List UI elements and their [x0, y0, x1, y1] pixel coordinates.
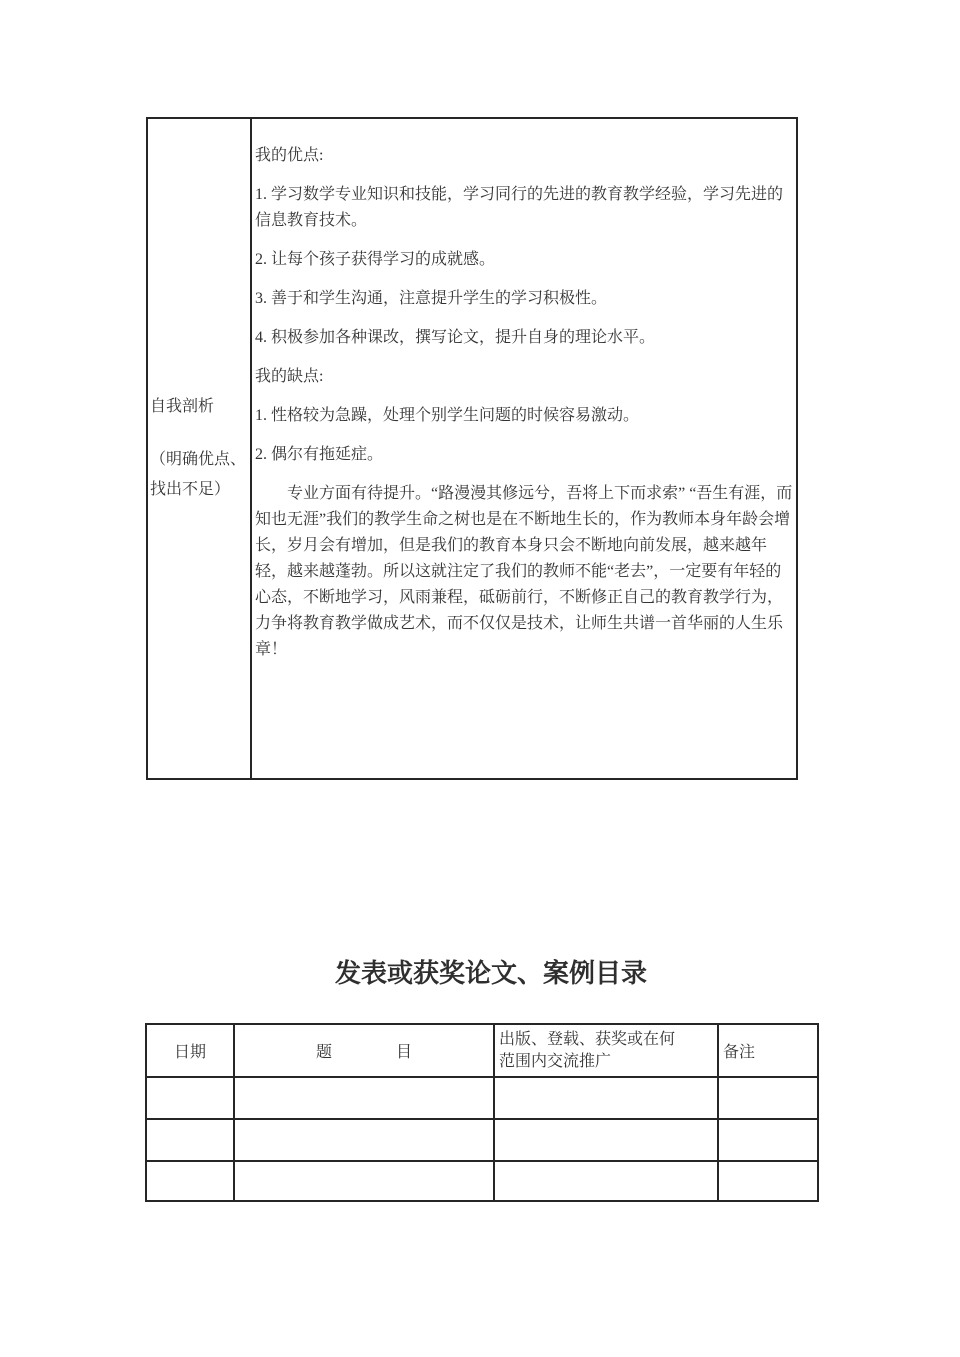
papers-empty-row-2	[146, 1119, 818, 1161]
papers-header-date: 日期	[146, 1024, 234, 1077]
self-analysis-label-cell: 自我剖析 （明确优点、找出不足）	[148, 119, 252, 778]
analysis-paragraph-strength-3: 3. 善于和学生沟通，注意提升学生的学习积极性。	[255, 286, 793, 312]
analysis-paragraph-strength-4: 4. 积极参加各种课改，撰写论文，提升自身的理论水平。	[255, 325, 793, 351]
analysis-paragraph-weakness-2: 2. 偶尔有拖延症。	[255, 442, 793, 468]
empty-cell-date	[146, 1161, 234, 1201]
self-analysis-table: 自我剖析 （明确优点、找出不足） 我的优点: 1. 学习数学专业知识和技能，学习…	[146, 117, 798, 780]
papers-empty-row-1	[146, 1077, 818, 1119]
papers-empty-row-3	[146, 1161, 818, 1201]
analysis-paragraph-weakness-1: 1. 性格较为急躁，处理个别学生问题的时候容易激动。	[255, 403, 793, 429]
analysis-paragraph-strength-2: 2. 让每个孩子获得学习的成就感。	[255, 247, 793, 273]
empty-cell-publication	[494, 1161, 718, 1201]
empty-cell-date	[146, 1119, 234, 1161]
empty-cell-remarks	[718, 1119, 818, 1161]
self-analysis-label-title: 自我剖析	[150, 392, 248, 422]
label-line-gap	[150, 422, 248, 445]
empty-cell-remarks	[718, 1077, 818, 1119]
empty-cell-publication	[494, 1077, 718, 1119]
papers-header-topic: 题 目	[234, 1024, 494, 1077]
papers-table: 日期 题 目 出版、登载、获奖或在何范围内交流推广 备注	[145, 1023, 819, 1202]
empty-cell-topic	[234, 1161, 494, 1201]
empty-cell-publication	[494, 1119, 718, 1161]
papers-header-row: 日期 题 目 出版、登载、获奖或在何范围内交流推广 备注	[146, 1024, 818, 1077]
self-analysis-label-note: （明确优点、找出不足）	[150, 445, 248, 505]
analysis-paragraph-strengths-heading: 我的优点:	[255, 143, 793, 169]
analysis-paragraph-weaknesses-heading: 我的缺点:	[255, 364, 793, 390]
analysis-paragraph-outlook: 专业方面有待提升。“路漫漫其修远兮，吾将上下而求索” “吾生有涯，而知也无涯”我…	[255, 481, 793, 663]
empty-cell-topic	[234, 1119, 494, 1161]
empty-cell-remarks	[718, 1161, 818, 1201]
papers-header-publication: 出版、登载、获奖或在何范围内交流推广	[494, 1024, 718, 1077]
empty-cell-topic	[234, 1077, 494, 1119]
analysis-paragraph-strength-1: 1. 学习数学专业知识和技能，学习同行的先进的教育教学经验，学习先进的信息教育技…	[255, 182, 793, 234]
self-analysis-content-cell: 我的优点: 1. 学习数学专业知识和技能，学习同行的先进的教育教学经验，学习先进…	[252, 119, 796, 778]
papers-header-remarks: 备注	[718, 1024, 818, 1077]
papers-section-title: 发表或获奖论文、案例目录	[145, 953, 837, 990]
empty-cell-date	[146, 1077, 234, 1119]
document-page: 自我剖析 （明确优点、找出不足） 我的优点: 1. 学习数学专业知识和技能，学习…	[0, 0, 960, 1357]
